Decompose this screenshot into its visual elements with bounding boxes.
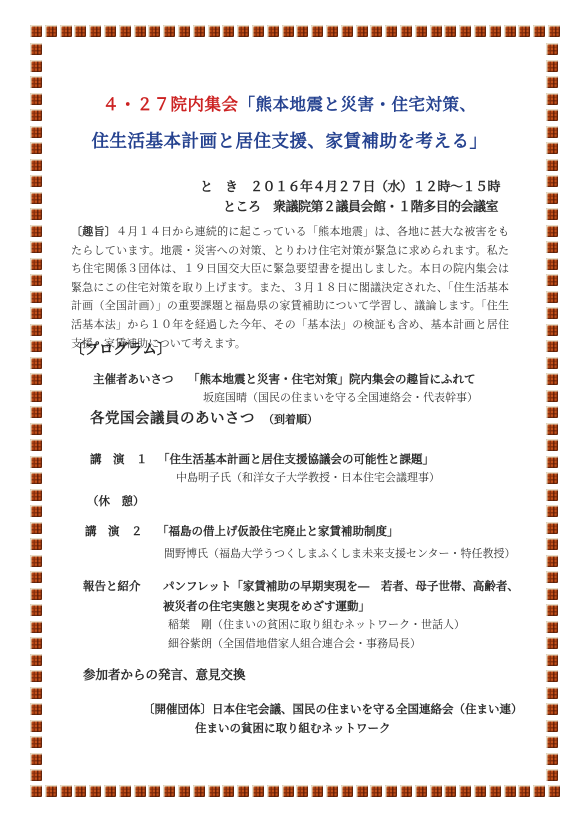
gift-box-ornament-icon: [30, 439, 42, 451]
report-title-line2: 被災者の住宅実態と実現をめざす運動」: [163, 598, 370, 614]
gift-box-ornament-icon: [282, 25, 294, 37]
gift-box-ornament-icon: [548, 25, 560, 37]
program-heading: 〔プログラム〕: [70, 338, 171, 359]
gift-box-ornament-icon: [134, 25, 146, 37]
gift-box-ornament-icon: [370, 785, 382, 797]
gift-box-ornament-icon: [546, 720, 558, 732]
gift-box-ornament-icon: [459, 25, 471, 37]
gift-box-ornament-icon: [30, 241, 42, 253]
gift-box-ornament-icon: [30, 76, 42, 88]
discussion-line: 参加者からの発言、意見交換: [83, 665, 246, 683]
gift-box-ornament-icon: [546, 538, 558, 550]
gift-box-ornament-icon: [546, 505, 558, 517]
gift-box-ornament-icon: [208, 25, 220, 37]
gift-box-ornament-icon: [30, 720, 42, 732]
gift-box-ornament-icon: [341, 25, 353, 37]
gift-box-ornament-icon: [30, 736, 42, 748]
gift-box-ornament-icon: [356, 785, 368, 797]
gift-box-ornament-icon: [30, 538, 42, 550]
gift-box-ornament-icon: [546, 472, 558, 484]
gift-box-ornament-icon: [548, 785, 560, 797]
gift-box-ornament-icon: [30, 60, 42, 72]
gift-box-ornament-icon: [30, 489, 42, 501]
gift-box-ornament-icon: [30, 753, 42, 765]
organizers-line-2: 住まいの貧困に取り組むネットワーク: [195, 720, 391, 736]
gift-box-ornament-icon: [237, 785, 249, 797]
gift-box-ornament-icon: [30, 258, 42, 270]
purpose-text: ４月１４日から連続的に起こっている「熊本地震」は、各地に甚大な被害をもたらしてい…: [71, 226, 509, 350]
gift-box-ornament-icon: [533, 25, 545, 37]
gift-box-ornament-icon: [30, 769, 42, 781]
gift-box-ornament-icon: [546, 439, 558, 451]
gift-box-ornament-icon: [45, 785, 57, 797]
gift-box-ornament-icon: [282, 785, 294, 797]
gift-box-ornament-icon: [546, 571, 558, 583]
gift-box-ornament-icon: [474, 25, 486, 37]
gift-box-ornament-icon: [30, 192, 42, 204]
event-title-line1: ４・２７院内集会「熊本地震と災害・住宅対策、: [0, 91, 579, 115]
gift-box-ornament-icon: [30, 456, 42, 468]
gift-box-ornament-icon: [30, 670, 42, 682]
decorative-border-left: [30, 43, 42, 781]
gift-box-ornament-icon: [89, 25, 101, 37]
report-label: 報告と紹介: [83, 578, 141, 594]
gift-box-ornament-icon: [546, 604, 558, 616]
gift-box-ornament-icon: [30, 324, 42, 336]
gift-box-ornament-icon: [546, 373, 558, 385]
gift-box-ornament-icon: [311, 25, 323, 37]
gift-box-ornament-icon: [104, 785, 116, 797]
gift-box-ornament-icon: [30, 654, 42, 666]
gift-box-ornament-icon: [546, 703, 558, 715]
gift-box-ornament-icon: [326, 785, 338, 797]
gift-box-ornament-icon: [30, 472, 42, 484]
gift-box-ornament-icon: [546, 357, 558, 369]
gift-box-ornament-icon: [400, 25, 412, 37]
gift-box-ornament-icon: [296, 25, 308, 37]
gift-box-ornament-icon: [163, 25, 175, 37]
gift-box-ornament-icon: [341, 785, 353, 797]
gift-box-ornament-icon: [546, 522, 558, 534]
arrival-order-note: （到着順）: [263, 411, 318, 427]
gift-box-ornament-icon: [546, 753, 558, 765]
event-title-prefix: ４・２７院内集会: [103, 96, 239, 114]
gift-box-ornament-icon: [30, 621, 42, 633]
gift-box-ornament-icon: [74, 785, 86, 797]
gift-box-ornament-icon: [237, 25, 249, 37]
gift-box-ornament-icon: [546, 60, 558, 72]
gift-box-ornament-icon: [546, 489, 558, 501]
gift-box-ornament-icon: [119, 785, 131, 797]
gift-box-ornament-icon: [474, 785, 486, 797]
gift-box-ornament-icon: [546, 291, 558, 303]
gift-box-ornament-icon: [546, 208, 558, 220]
gift-box-ornament-icon: [296, 785, 308, 797]
gift-box-ornament-icon: [30, 208, 42, 220]
gift-box-ornament-icon: [430, 785, 442, 797]
gift-box-ornament-icon: [546, 76, 558, 88]
decorative-border-bottom: [30, 785, 560, 797]
purpose-paragraph: 〔趣旨〕４月１４日から連続的に起こっている「熊本地震」は、各地に甚大な被害をもた…: [71, 223, 509, 353]
gift-box-ornament-icon: [30, 25, 42, 37]
gift-box-ornament-icon: [208, 785, 220, 797]
lecture2-title: 「福島の借上げ仮設住宅廃止と家賃補助制度」: [157, 523, 399, 539]
gift-box-ornament-icon: [222, 785, 234, 797]
lecture2-speaker: 間野博氏（福島大学うつくしまふくしま未来支援センター・特任教授）: [164, 545, 516, 561]
decorative-border-top: [30, 25, 560, 37]
gift-box-ornament-icon: [252, 25, 264, 37]
gift-box-ornament-icon: [533, 785, 545, 797]
gift-box-ornament-icon: [30, 274, 42, 286]
gift-box-ornament-icon: [546, 43, 558, 55]
gift-box-ornament-icon: [546, 175, 558, 187]
gift-box-ornament-icon: [546, 241, 558, 253]
gift-box-ornament-icon: [546, 769, 558, 781]
gift-box-ornament-icon: [30, 604, 42, 616]
gift-box-ornament-icon: [546, 555, 558, 567]
gift-box-ornament-icon: [546, 621, 558, 633]
organizers-line-1: 〔開催団体〕日本住宅会議、国民の住まいを守る全国連絡会（住まい連）: [143, 701, 523, 717]
gift-box-ornament-icon: [30, 522, 42, 534]
gift-box-ornament-icon: [267, 785, 279, 797]
gift-box-ornament-icon: [546, 159, 558, 171]
gift-box-ornament-icon: [459, 785, 471, 797]
gift-box-ornament-icon: [30, 703, 42, 715]
gift-box-ornament-icon: [104, 25, 116, 37]
gift-box-ornament-icon: [326, 25, 338, 37]
gift-box-ornament-icon: [74, 25, 86, 37]
gift-box-ornament-icon: [60, 25, 72, 37]
gift-box-ornament-icon: [385, 785, 397, 797]
gift-box-ornament-icon: [518, 785, 530, 797]
event-title-main: 「熊本地震と災害・住宅対策、: [239, 96, 477, 114]
gift-box-ornament-icon: [30, 225, 42, 237]
gift-box-ornament-icon: [370, 25, 382, 37]
gift-box-ornament-icon: [193, 25, 205, 37]
gift-box-ornament-icon: [430, 25, 442, 37]
gift-box-ornament-icon: [400, 785, 412, 797]
gift-box-ornament-icon: [30, 390, 42, 402]
gift-box-ornament-icon: [148, 785, 160, 797]
gift-box-ornament-icon: [30, 588, 42, 600]
gift-box-ornament-icon: [546, 307, 558, 319]
event-title: ４・２７院内集会「熊本地震と災害・住宅対策、 住生活基本計画と居住支援、家賃補助…: [0, 91, 579, 153]
gift-box-ornament-icon: [119, 25, 131, 37]
event-title-line2: 住生活基本計画と居住支援、家賃補助を考える」: [0, 128, 579, 153]
gift-box-ornament-icon: [30, 555, 42, 567]
gift-box-ornament-icon: [546, 274, 558, 286]
gift-box-ornament-icon: [546, 687, 558, 699]
gift-box-ornament-icon: [193, 785, 205, 797]
gift-box-ornament-icon: [546, 390, 558, 402]
event-venue: ところ 衆議院第２議員会館・１階多目的会議室: [223, 196, 498, 215]
purpose-label: 〔趣旨〕: [71, 226, 116, 238]
gift-box-ornament-icon: [356, 25, 368, 37]
gift-box-ornament-icon: [30, 505, 42, 517]
gift-box-ornament-icon: [30, 291, 42, 303]
gift-box-ornament-icon: [30, 175, 42, 187]
gift-box-ornament-icon: [30, 373, 42, 385]
gift-box-ornament-icon: [30, 571, 42, 583]
gift-box-ornament-icon: [415, 785, 427, 797]
gift-box-ornament-icon: [546, 456, 558, 468]
gift-box-ornament-icon: [489, 25, 501, 37]
party-greetings-label: 各党国会議員のあいさつ: [90, 407, 255, 428]
organizer-greeting-speaker: 坂庭国晴（国民の住まいを守る全国連絡会・代表幹事）: [203, 389, 478, 405]
gift-box-ornament-icon: [30, 406, 42, 418]
report-speaker-2: 細谷紫朗（全国借地借家人組合連合会・事務局長）: [168, 635, 421, 651]
gift-box-ornament-icon: [546, 340, 558, 352]
lecture1-speaker: 中島明子氏（和洋女子大学教授・日本住宅会議理事）: [176, 469, 440, 485]
gift-box-ornament-icon: [504, 25, 516, 37]
gift-box-ornament-icon: [546, 225, 558, 237]
gift-box-ornament-icon: [546, 192, 558, 204]
gift-box-ornament-icon: [60, 785, 72, 797]
gift-box-ornament-icon: [504, 785, 516, 797]
gift-box-ornament-icon: [30, 785, 42, 797]
organizer-greeting-topic: 「熊本地震と災害・住宅対策」院内集会の趣旨にふれて: [188, 371, 476, 387]
gift-box-ornament-icon: [30, 340, 42, 352]
gift-box-ornament-icon: [311, 785, 323, 797]
gift-box-ornament-icon: [546, 654, 558, 666]
gift-box-ornament-icon: [546, 670, 558, 682]
lecture1-title: 「住生活基本計画と居住支援協議会の可能性と課題」: [158, 451, 434, 467]
gift-box-ornament-icon: [546, 324, 558, 336]
event-datetime: と き ２０１６年４月２７日（水）１２時～１５時: [200, 176, 500, 195]
flyer-page: ４・２７院内集会「熊本地震と災害・住宅対策、 住生活基本計画と居住支援、家賃補助…: [0, 0, 579, 819]
gift-box-ornament-icon: [178, 785, 190, 797]
gift-box-ornament-icon: [178, 25, 190, 37]
gift-box-ornament-icon: [222, 25, 234, 37]
gift-box-ornament-icon: [134, 785, 146, 797]
gift-box-ornament-icon: [415, 25, 427, 37]
lecture1-label: 講 演 １: [90, 451, 148, 467]
gift-box-ornament-icon: [518, 25, 530, 37]
gift-box-ornament-icon: [444, 785, 456, 797]
report-speaker-1: 稲葉 剛（住まいの貧困に取り組むネットワーク・世話人）: [168, 616, 465, 632]
gift-box-ornament-icon: [45, 25, 57, 37]
gift-box-ornament-icon: [385, 25, 397, 37]
break-note: （休 憩）: [87, 493, 145, 509]
gift-box-ornament-icon: [89, 785, 101, 797]
gift-box-ornament-icon: [30, 43, 42, 55]
gift-box-ornament-icon: [546, 637, 558, 649]
gift-box-ornament-icon: [30, 307, 42, 319]
report-title-line1: パンフレット「家賃補助の早期実現を― 若者、母子世帯、高齢者、: [163, 578, 519, 594]
gift-box-ornament-icon: [546, 258, 558, 270]
gift-box-ornament-icon: [546, 406, 558, 418]
gift-box-ornament-icon: [546, 588, 558, 600]
gift-box-ornament-icon: [30, 687, 42, 699]
gift-box-ornament-icon: [489, 785, 501, 797]
gift-box-ornament-icon: [252, 785, 264, 797]
organizer-greeting-label: 主催者あいさつ: [93, 371, 174, 387]
gift-box-ornament-icon: [546, 423, 558, 435]
gift-box-ornament-icon: [546, 736, 558, 748]
gift-box-ornament-icon: [163, 785, 175, 797]
gift-box-ornament-icon: [444, 25, 456, 37]
gift-box-ornament-icon: [30, 357, 42, 369]
decorative-border-right: [546, 43, 558, 781]
gift-box-ornament-icon: [30, 159, 42, 171]
gift-box-ornament-icon: [30, 637, 42, 649]
gift-box-ornament-icon: [267, 25, 279, 37]
lecture2-label: 講 演 ２: [85, 523, 143, 539]
gift-box-ornament-icon: [30, 423, 42, 435]
gift-box-ornament-icon: [148, 25, 160, 37]
